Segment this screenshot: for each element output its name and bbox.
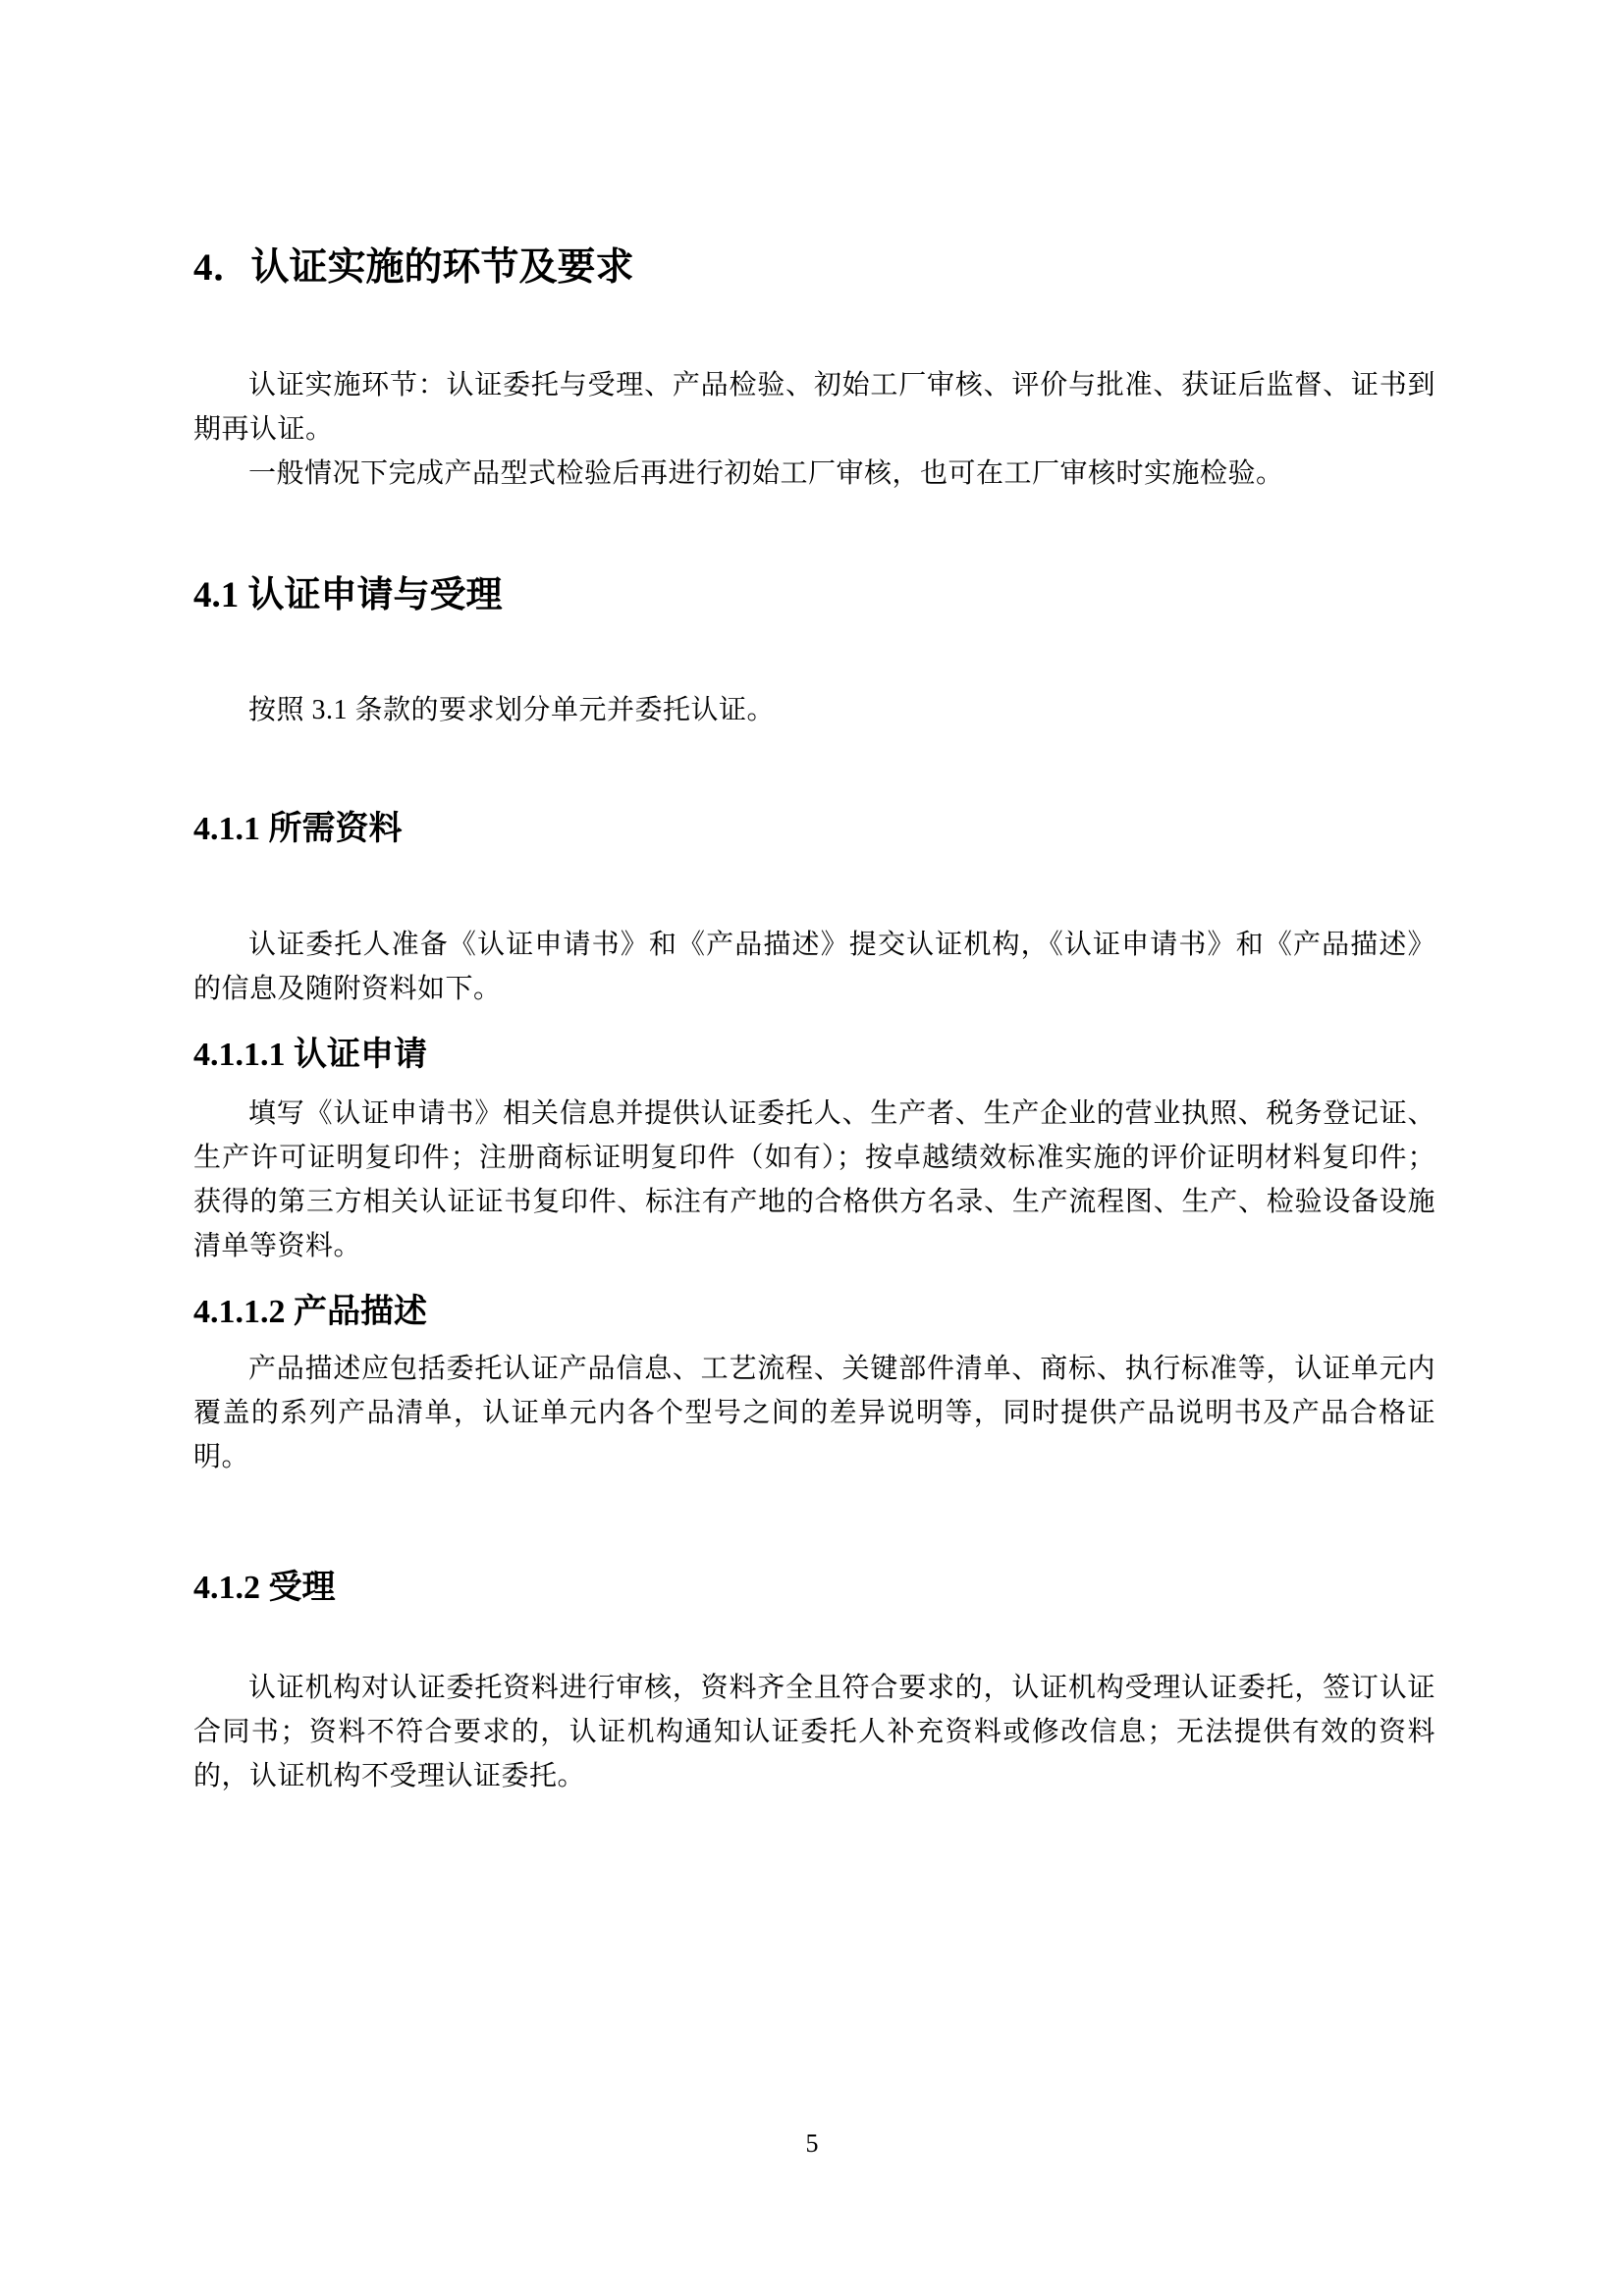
paragraph-inspection-order: 一般情况下完成产品型式检验后再进行初始工厂审核，也可在工厂审核时实施检验。 — [193, 452, 1435, 496]
paragraph-application-contents: 填写《认证申请书》相关信息并提供认证委托人、生产者、生产企业的营业执照、税务登记… — [193, 1092, 1435, 1268]
heading-section-4-1-1-1: 4.1.1.1 认证申请 — [193, 1033, 1435, 1078]
heading-section-4-1-1-2: 4.1.1.2 产品描述 — [193, 1290, 1435, 1335]
paragraph-unit-division: 按照 3.1 条款的要求划分单元并委托认证。 — [193, 688, 1435, 732]
paragraph-certification-steps: 认证实施环节：认证委托与受理、产品检验、初始工厂审核、评价与批准、获证后监督、证… — [193, 363, 1435, 452]
paragraph-product-description-contents: 产品描述应包括委托认证产品信息、工艺流程、关键部件清单、商标、执行标准等，认证单… — [193, 1347, 1435, 1479]
paragraph-acceptance-rules: 认证机构对认证委托资料进行审核，资料齐全且符合要求的，认证机构受理认证委托，签订… — [193, 1666, 1435, 1798]
document-page: 4．认证实施的环节及要求 认证实施环节：认证委托与受理、产品检验、初始工厂审核、… — [0, 0, 1624, 2296]
page-number: 5 — [0, 2128, 1624, 2160]
heading-section-4-1: 4.1 认证申请与受理 — [193, 572, 1435, 619]
heading-section-4-1-2: 4.1.2 受理 — [193, 1566, 1435, 1611]
paragraph-required-materials-intro: 认证委托人准备《认证申请书》和《产品描述》提交认证机构，《认证申请书》和《产品描… — [193, 923, 1435, 1011]
heading-section-4-1-1: 4.1.1 所需资料 — [193, 807, 1435, 852]
heading-section-4: 4．认证实施的环节及要求 — [193, 243, 1435, 293]
